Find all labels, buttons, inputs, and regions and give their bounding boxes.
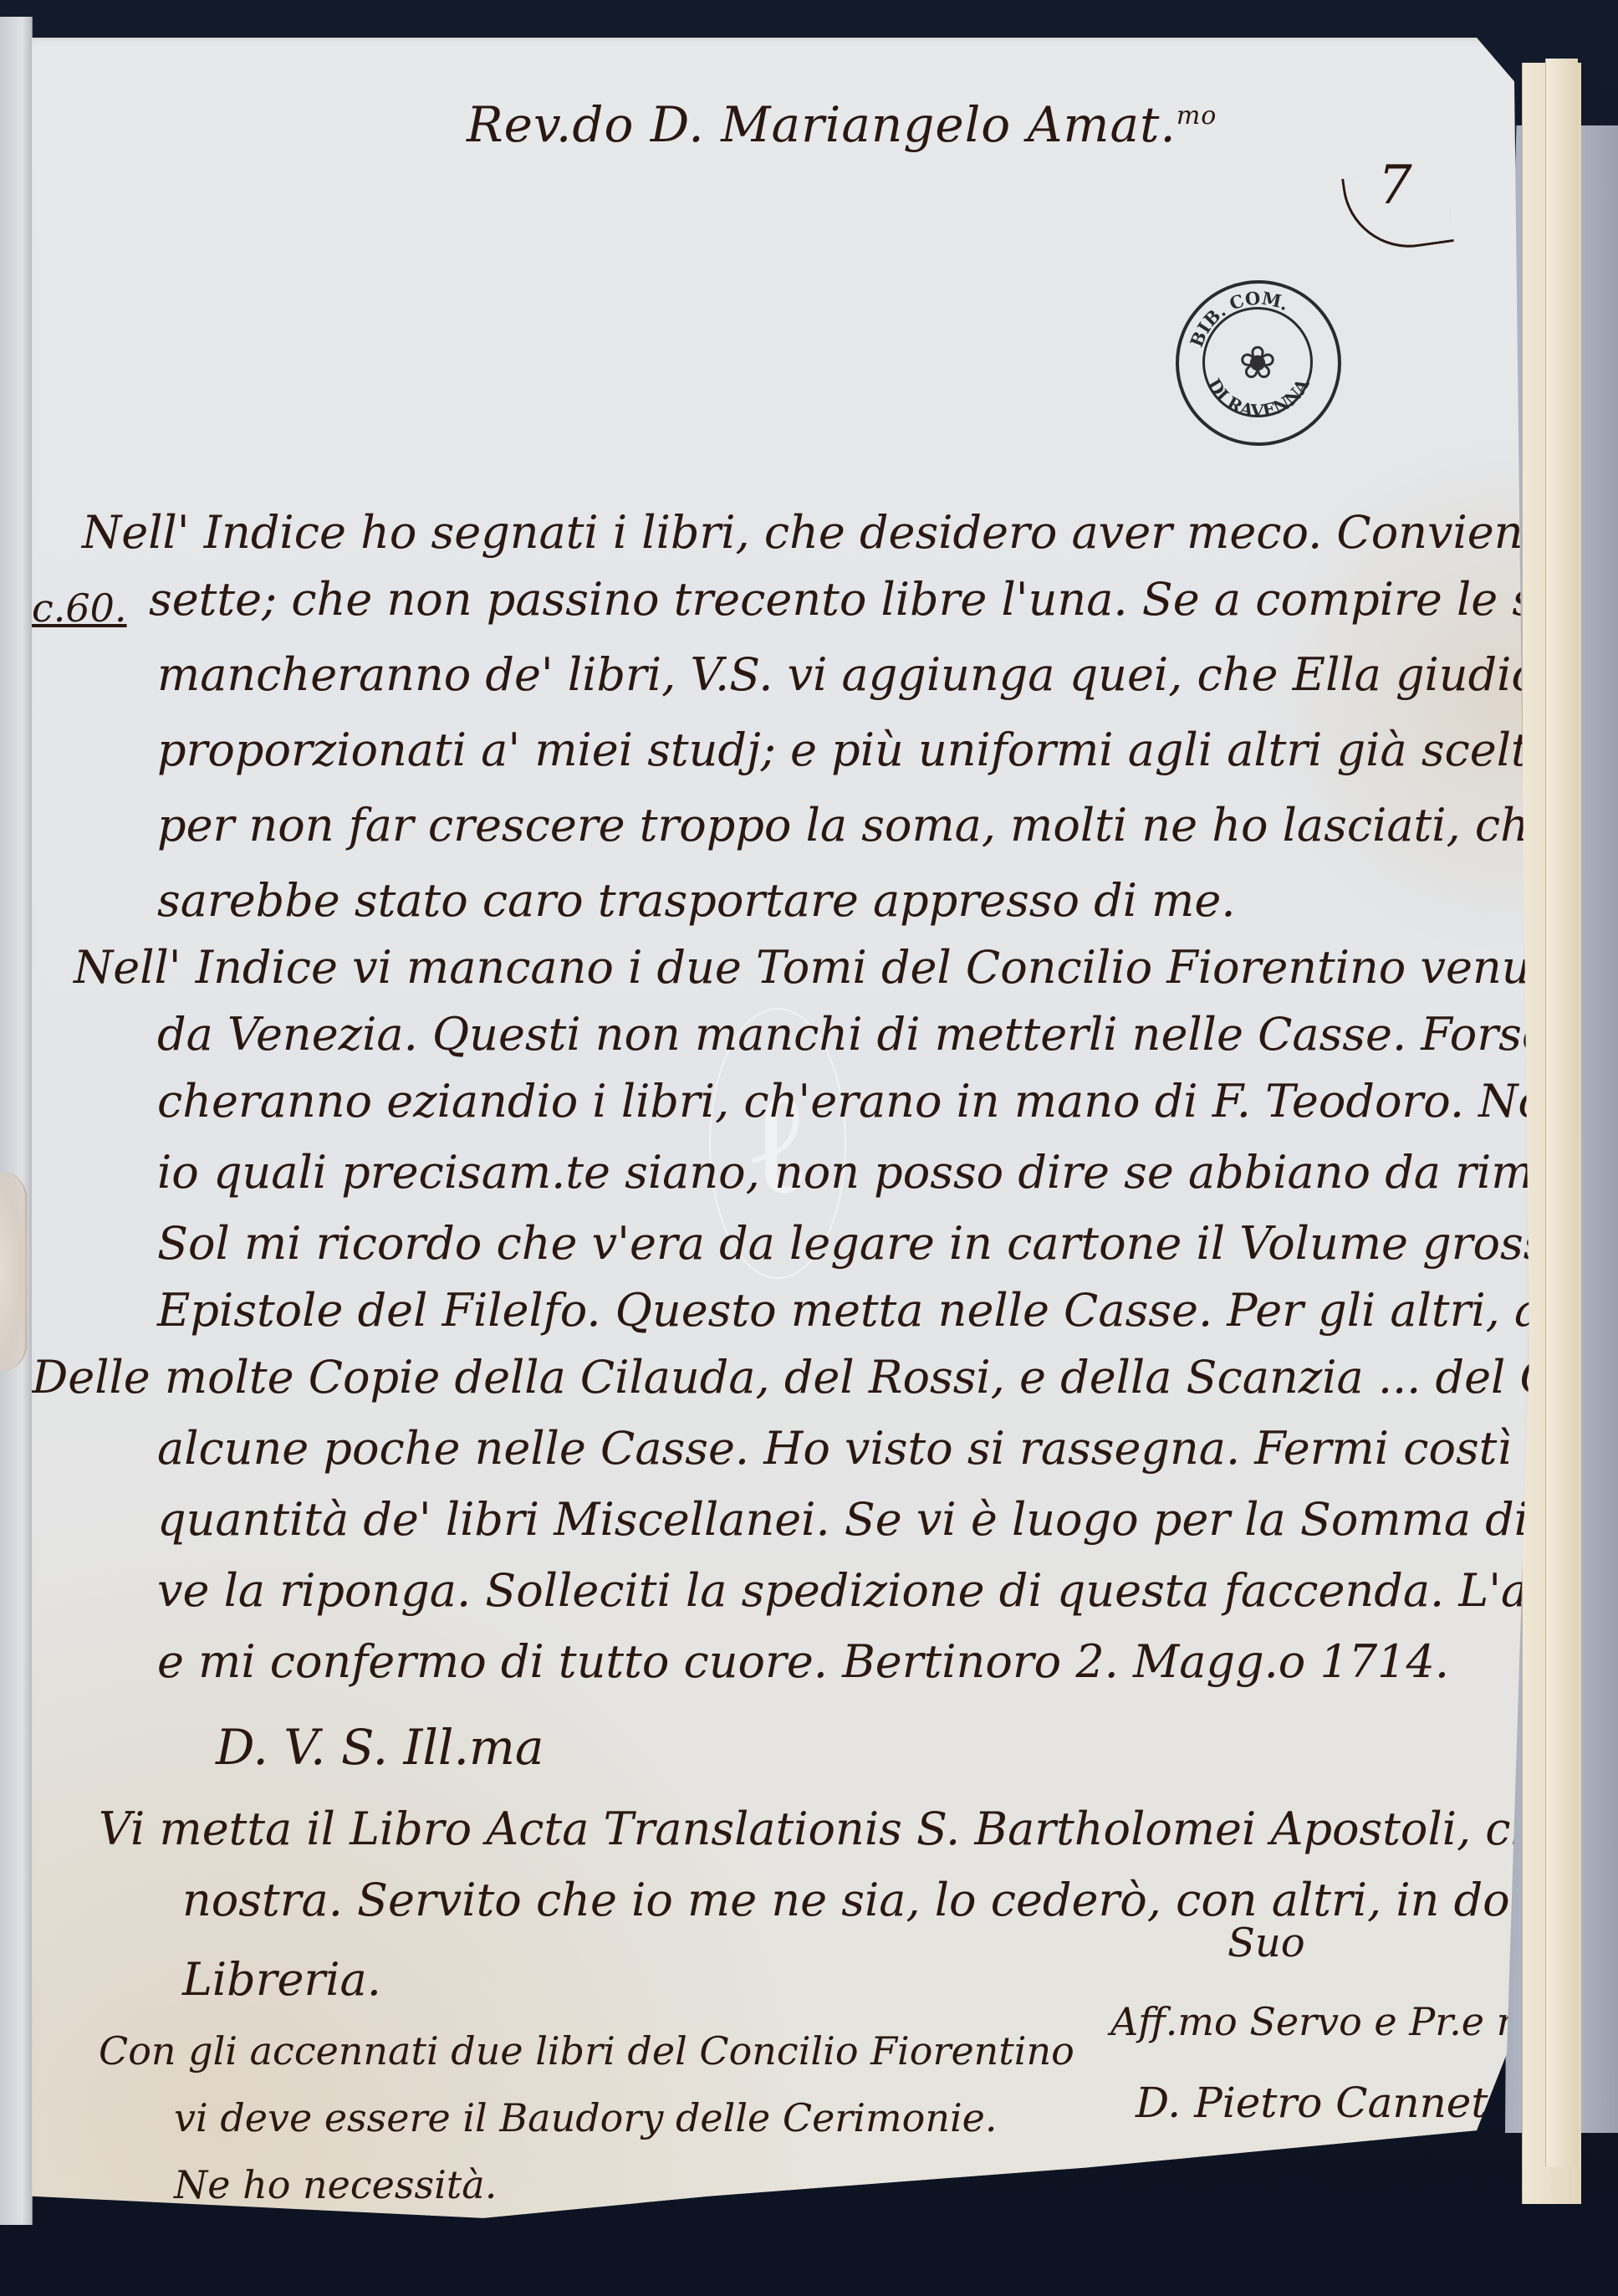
text-line: Sol mi ricordo che v'era da legare in ca… xyxy=(157,1217,1618,1270)
letter-heading: Rev.do D. Mariangelo Amat.mo xyxy=(467,96,1217,153)
second-postscript-line: Ne ho necessità. xyxy=(174,2162,497,2207)
text-line: proporzionati a' miei studj; e più unifo… xyxy=(157,724,1618,776)
folio-number: 7 xyxy=(1378,155,1412,217)
library-stamp: BIB. COM. DI RAVENNA ❀ xyxy=(1176,280,1341,446)
text-line: Nell' Indice ho segnati i libri, che des… xyxy=(82,506,1618,559)
closing-abbreviation: D. V. S. Ill.ma xyxy=(216,1719,544,1776)
text-line: da Venezia. Questi non manchi di metterl… xyxy=(157,1008,1618,1061)
manuscript-page: Rev.do D. Mariangelo Amat.mo 7 BIB. COM.… xyxy=(32,38,1537,2229)
text-line: Epistole del Filelfo. Questo metta nelle… xyxy=(157,1284,1618,1337)
text-line: alcune poche nelle Casse. Ho visto si ra… xyxy=(157,1422,1618,1475)
second-postscript-line: Con gli accennati due libri del Concilio… xyxy=(99,2028,1074,2074)
text-line: e mi confermo di tutto cuore. Bertinoro … xyxy=(157,1635,1449,1688)
text-line: Delle molte Copie della Cilauda, del Ros… xyxy=(32,1351,1618,1404)
postscript-line: nostra. Servito che io me ne sia, lo ced… xyxy=(182,1874,1618,1926)
page-edge-stack-2 xyxy=(1545,59,1578,2166)
text-line: Nell' Indice vi mancano i due Tomi del C… xyxy=(74,941,1618,994)
text-line: mancheranno de' libri, V.S. vi aggiunga … xyxy=(157,648,1618,701)
pine-cone-icon: ❀ xyxy=(1238,336,1276,389)
text-line: sarebbe stato caro trasportare appresso … xyxy=(157,874,1236,927)
text-line: quantità de' libri Miscellanei. Se vi è … xyxy=(157,1493,1618,1546)
text-line: per non far crescere troppo la soma, mol… xyxy=(157,799,1618,851)
text-line: sette; che non passino trecento libre l'… xyxy=(149,573,1618,626)
stamp-inner-circle: ❀ xyxy=(1202,307,1313,417)
text-line: io quali precisam.te siano, non posso di… xyxy=(157,1146,1618,1199)
text-line: cheranno eziandio i libri, ch'erano in m… xyxy=(157,1075,1618,1128)
postscript-line: Vi metta il Libro Acta Translationis S. … xyxy=(99,1803,1618,1855)
heading-superscript: mo xyxy=(1176,101,1217,130)
postscript-line: Libreria. xyxy=(182,1953,381,2006)
facing-page-edge xyxy=(0,17,33,2225)
text-line: ve la riponga. Solleciti la spedizione d… xyxy=(157,1564,1618,1617)
signature-suo: Suo xyxy=(1228,1920,1305,1966)
margin-note: c.60. xyxy=(32,586,127,631)
signature-name: D. Pietro Canneti xyxy=(1136,2079,1501,2127)
wax-seal-remnant xyxy=(0,1171,27,1372)
second-postscript-line: vi deve essere il Baudory delle Cerimoni… xyxy=(174,2095,998,2140)
